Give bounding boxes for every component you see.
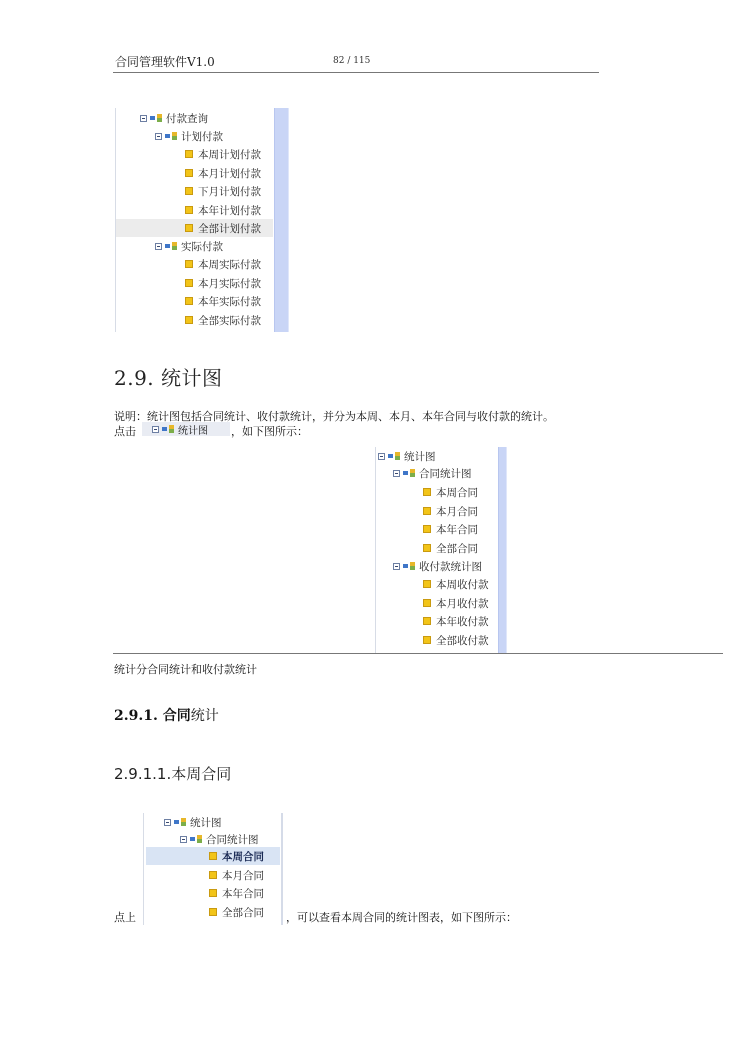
tree-leaf[interactable]: 全部实际付款 [185,311,261,329]
collapse-icon[interactable] [155,133,162,140]
leaf-icon [185,260,193,268]
collapse-icon [152,426,159,433]
tree-scrollbar[interactable] [274,108,289,332]
collapse-icon[interactable] [164,819,171,826]
tree-leaf[interactable]: 全部合同 [209,903,264,921]
leaf-icon [185,297,193,305]
tree-leaf-selected[interactable]: 全部计划付款 [116,219,273,237]
tree-leaf-label: 本月实际付款 [198,276,261,291]
tree-leaf[interactable]: 本月收付款 [423,594,489,612]
tree-leaf[interactable]: 本月合同 [209,866,264,884]
leaf-icon [209,852,217,860]
tree-node-label: 合同统计图 [419,466,472,481]
document-header-title: 合同管理软件V1.0 [115,53,215,70]
tree-leaf[interactable]: 本年收付款 [423,612,489,630]
figure-divider [113,653,723,654]
section-heading: 2.9. 统计图 [114,362,223,391]
tree-leaf[interactable]: 本周实际付款 [185,255,261,273]
tree-leaf-label: 本年收付款 [436,614,489,629]
subsection-title-rest: 统计 [191,708,219,724]
collapse-icon[interactable] [155,243,162,250]
tree-leaf[interactable]: 本年合同 [423,520,478,538]
statistics-tree: 统计图 合同统计图 本周合同 本月合同 本年合同 全部合同 收付款统计图 本周收… [375,447,508,653]
leaf-icon [185,316,193,324]
tree-node-label: 统计图 [404,449,436,464]
collapse-icon[interactable] [180,836,187,843]
tree-leaf[interactable]: 本月合同 [423,502,478,520]
leaf-icon [423,544,431,552]
tree-leaf[interactable]: 本年计划付款 [185,201,261,219]
collapse-icon[interactable] [393,563,400,570]
collapse-icon[interactable] [378,453,385,460]
leaf-icon [185,279,193,287]
leaf-icon [423,507,431,515]
tree-leaf[interactable]: 本月计划付款 [185,164,261,182]
folder-tree-icon [388,452,401,460]
tree-leaf[interactable]: 本周计划付款 [185,145,261,163]
tree-leaf-label: 本月合同 [436,504,478,519]
tree-node-contract-stats[interactable]: 合同统计图 [180,830,259,848]
tree-leaf-label: 本月收付款 [436,596,489,611]
folder-tree-icon [162,425,175,433]
leaf-icon [185,206,193,214]
folder-tree-icon [174,818,187,826]
click-prefix: 点击 [114,423,136,439]
leaf-icon [423,488,431,496]
tree-leaf-label: 本年计划付款 [198,203,261,218]
tree-leaf-label: 全部合同 [436,541,478,556]
tree-leaf[interactable]: 下月计划付款 [185,182,261,200]
leaf-icon [423,580,431,588]
leaf-icon [209,871,217,879]
subsection-heading: 2.9.1. 合同统计 [114,705,219,725]
leaf-icon [185,150,193,158]
tree-node-label: 统计图 [190,815,222,830]
tree-leaf-label: 本年合同 [222,886,264,901]
tree-leaf-label: 全部收付款 [436,633,489,648]
header-divider [113,72,599,73]
leaf-icon [423,525,431,533]
tree-leaf[interactable]: 本周合同 [423,483,478,501]
leaf-icon [185,224,193,232]
tree-leaf-label: 下月计划付款 [198,184,261,199]
folder-tree-icon [165,132,178,140]
click-suffix: ，如下图所示： [231,423,308,439]
subsection-number: 2.9.1. [114,708,158,724]
tree-node-contract-stats[interactable]: 合同统计图 [393,464,472,482]
leaf-icon [185,169,193,177]
folder-tree-icon [403,469,416,477]
tree-leaf-label: 本周收付款 [436,577,489,592]
leaf-icon [185,187,193,195]
tree-leaf-label: 本周合同 [222,849,264,864]
leaf-icon [423,599,431,607]
statistics-chart-inline-button: 统计图 [142,422,230,436]
instruction-prefix: 点上 [114,909,136,925]
collapse-icon[interactable] [140,115,147,122]
tree-leaf-label: 本周合同 [436,485,478,500]
tree-leaf-label: 本年合同 [436,522,478,537]
leaf-icon [423,617,431,625]
folder-tree-icon [403,562,416,570]
folder-tree-icon [165,242,178,250]
tree-node-label: 收付款统计图 [419,559,482,574]
tree-node-payment-query[interactable]: 付款查询 [140,109,208,127]
tree-leaf-highlighted[interactable]: 本周合同 [146,847,280,865]
page-number: 82 / 115 [333,56,370,66]
tree-node-planned-payment[interactable]: 计划付款 [155,127,223,145]
contract-stats-tree: 统计图 合同统计图 本周合同 本月合同 本年合同 全部合同 [143,813,286,925]
figure-caption: 统计分合同统计和收付款统计 [114,661,257,677]
tree-leaf-label: 本年实际付款 [198,294,261,309]
tree-leaf-label: 全部计划付款 [198,221,261,236]
subsubsection-heading: 2.9.1.1.本周合同 [114,763,231,784]
tree-leaf[interactable]: 全部收付款 [423,631,489,649]
tree-node-label: 付款查询 [166,111,208,126]
tree-scrollbar[interactable] [498,447,507,653]
tree-leaf[interactable]: 本月实际付款 [185,274,261,292]
tree-leaf[interactable]: 本年实际付款 [185,292,261,310]
tree-leaf[interactable]: 全部合同 [423,539,478,557]
leaf-icon [423,636,431,644]
tree-node-actual-payment[interactable]: 实际付款 [155,237,223,255]
tree-leaf-label: 全部合同 [222,905,264,920]
subsection-title-bold: 合同 [163,708,191,724]
tree-node-statistics[interactable]: 统计图 [378,447,436,465]
tree-leaf-label: 本月计划付款 [198,166,261,181]
tree-leaf[interactable]: 本周收付款 [423,575,489,593]
leaf-icon [209,889,217,897]
leaf-icon [209,908,217,916]
folder-tree-icon [150,114,163,122]
tree-leaf-label: 本周实际付款 [198,257,261,272]
tree-leaf-label: 本周计划付款 [198,147,261,162]
inline-button-label: 统计图 [178,422,208,437]
tree-leaf[interactable]: 本年合同 [209,884,264,902]
tree-scrollbar[interactable] [281,813,283,925]
tree-node-statistics[interactable]: 统计图 [164,813,222,831]
tree-node-label: 计划付款 [181,129,223,144]
tree-node-label: 实际付款 [181,239,223,254]
instruction-suffix: ，可以查看本周合同的统计图表，如下图所示： [286,909,517,925]
collapse-icon[interactable] [393,470,400,477]
tree-node-label: 合同统计图 [206,832,259,847]
tree-node-payment-stats[interactable]: 收付款统计图 [393,557,482,575]
tree-leaf-label: 本月合同 [222,868,264,883]
folder-tree-icon [190,835,203,843]
tree-leaf-label: 全部实际付款 [198,313,261,328]
payment-query-tree: 付款查询 计划付款 本周计划付款 本月计划付款 下月计划付款 本年计划付款 全部… [115,108,291,332]
